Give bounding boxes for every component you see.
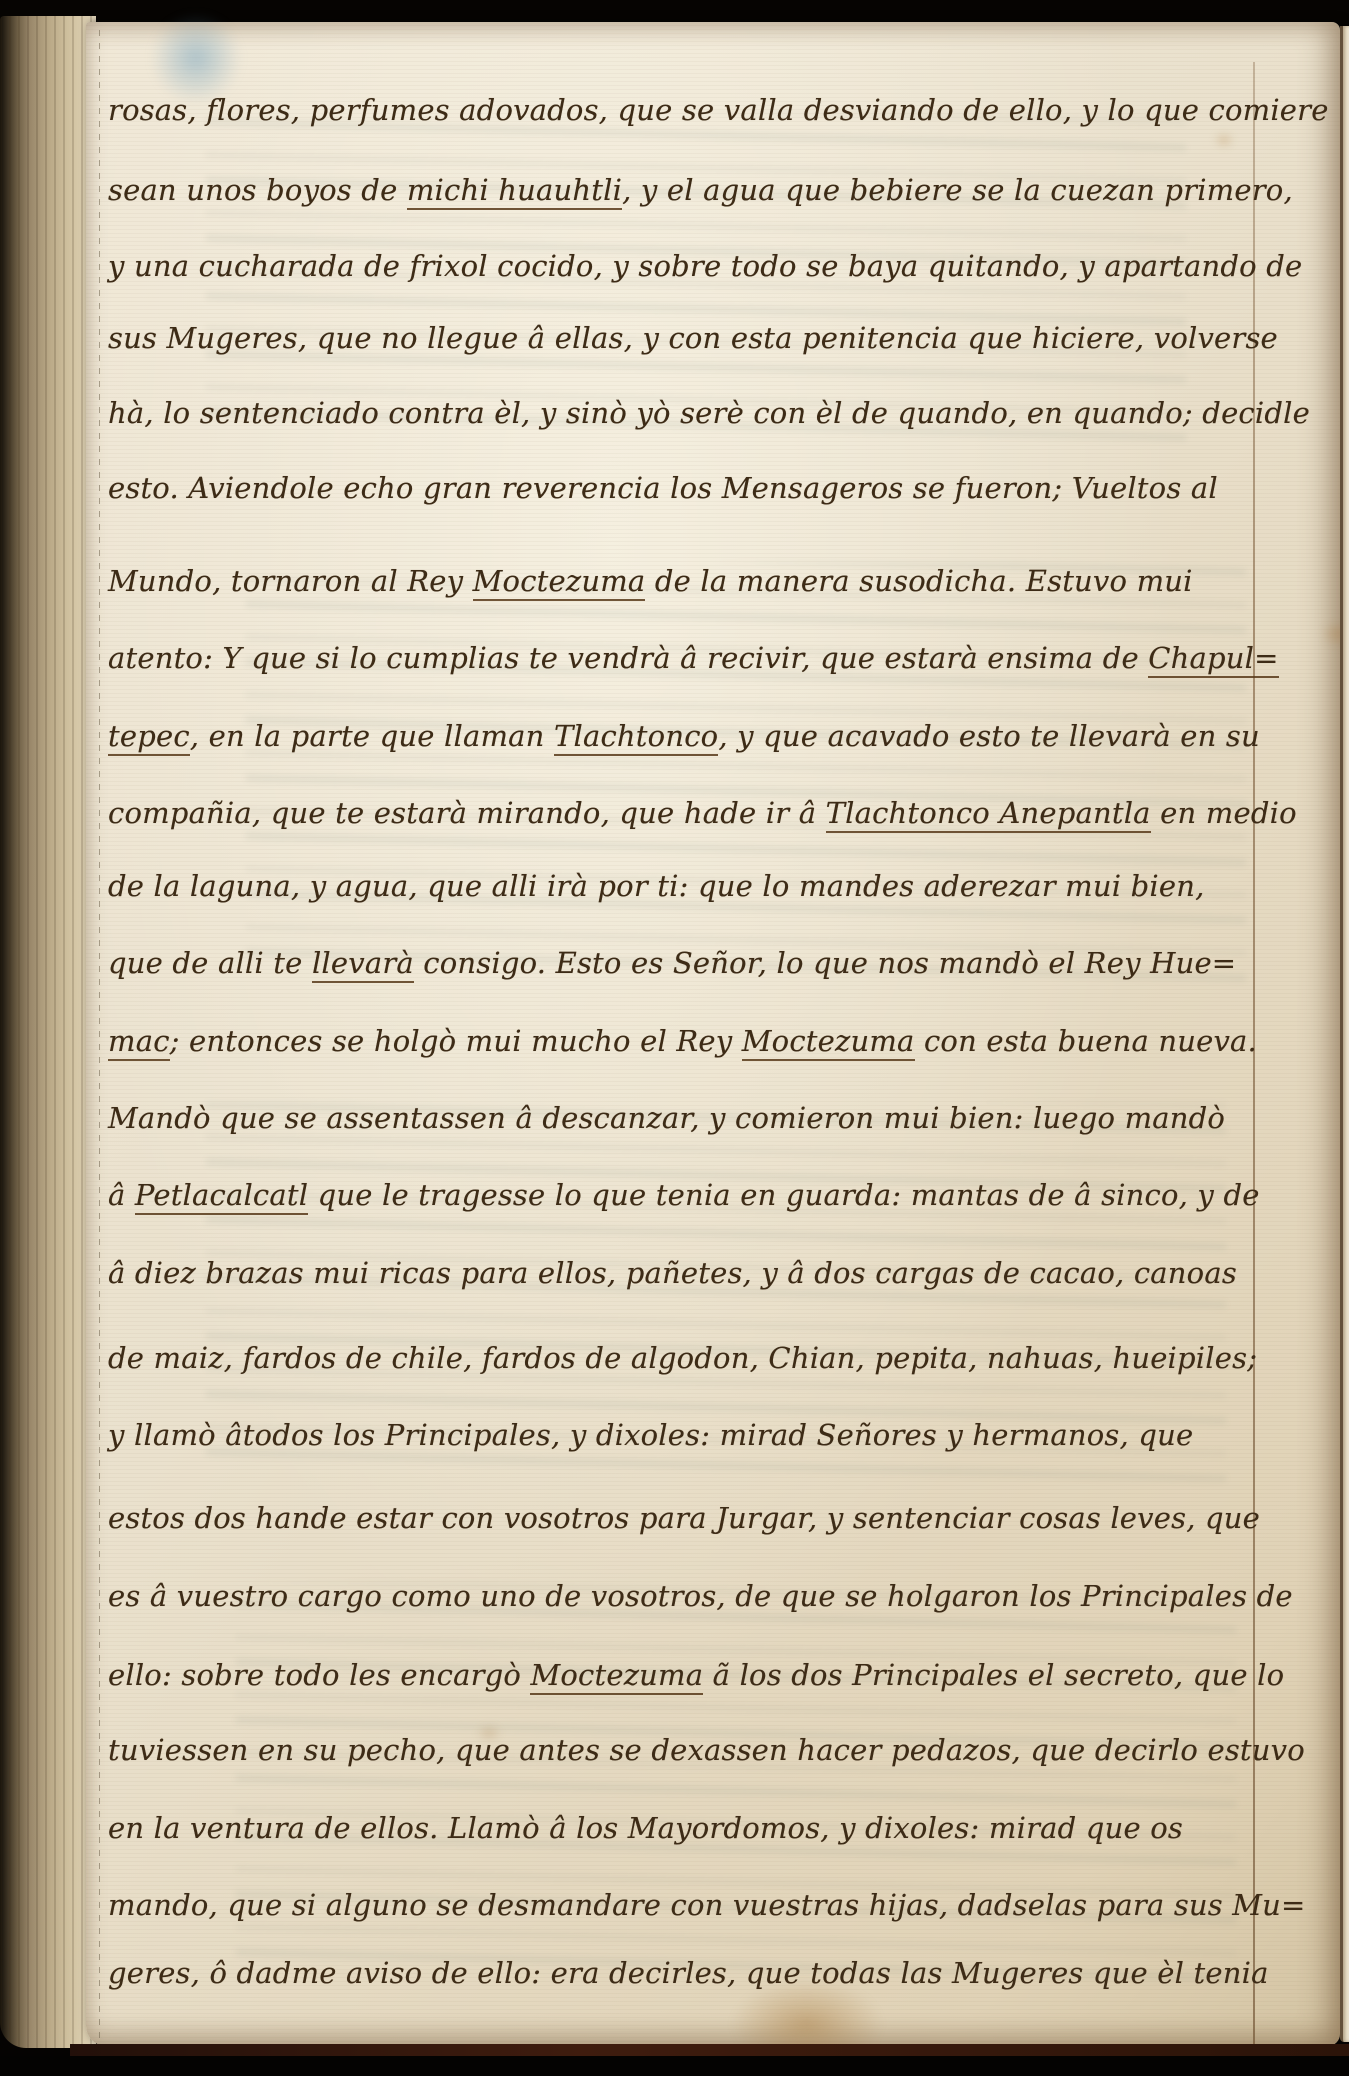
text-segment: sean unos boyos de [108, 173, 407, 207]
manuscript-line: sean unos boyos de michi huauhtli, y el … [108, 168, 1304, 212]
text-segment: de maiz, fardos de chile, fardos de algo… [108, 1341, 1257, 1375]
manuscript-line: que de alli te llevarà consigo. Esto es … [108, 941, 1304, 985]
manuscript-line: de la laguna, y agua, que alli irà por t… [108, 864, 1304, 908]
manuscript-line: â diez brazas mui ricas para ellos, pañe… [108, 1251, 1304, 1295]
manuscript-line: esto. Aviendole echo gran reverencia los… [108, 466, 1304, 510]
manuscript-line: compañia, que te estarà mirando, que had… [108, 791, 1304, 835]
manuscript-line: tuviessen en su pecho, que antes se dexa… [108, 1728, 1304, 1772]
ink-stain [476, 1724, 502, 1742]
text-segment: , y el agua que bebiere se la cuezan pri… [622, 173, 1293, 207]
manuscript-line: ello: sobre todo les encargò Moctezuma ã… [108, 1653, 1304, 1697]
text-segment: ello: sobre todo les encargò [108, 1658, 530, 1692]
manuscript-photo: rosas, flores, perfumes adovados, que se… [0, 0, 1349, 2076]
text-segment: mando, que si alguno se desmandare con v… [108, 1888, 1306, 1922]
text-segment: ; entonces se holgò mui mucho el Rey [170, 1024, 742, 1058]
text-segment: rosas, flores, perfumes adovados, que se… [108, 93, 1329, 127]
book-page-edges [0, 16, 96, 2048]
blue-smudge [150, 12, 242, 104]
manuscript-line: en la ventura de ellos. Llamò â los Mayo… [108, 1806, 1304, 1850]
underlined-word: michi huauhtli [407, 173, 622, 210]
manuscript-line: y llamò âtodos los Principales, y dixole… [108, 1413, 1304, 1457]
underlined-word: mac [108, 1024, 170, 1061]
text-segment: en medio [1151, 796, 1297, 830]
manuscript-line: rosas, flores, perfumes adovados, que se… [108, 88, 1304, 132]
manuscript-line: mac; entonces se holgò mui mucho el Rey … [108, 1019, 1304, 1063]
text-segment: consigo. Esto es Señor, lo que nos mandò… [414, 946, 1236, 980]
underlined-word: Tlachtonco [554, 719, 718, 756]
text-segment: sus Mugeres, que no llegue â ellas, y co… [108, 321, 1278, 355]
manuscript-page: rosas, flores, perfumes adovados, que se… [86, 22, 1340, 2046]
text-segment: geres, ô dadme aviso de ello: era decirl… [108, 1956, 1269, 1990]
underlined-word: Petlacalcatl [135, 1178, 308, 1215]
manuscript-line: â Petlacalcatl que le tragesse lo que te… [108, 1173, 1304, 1217]
text-segment: estos dos hande estar con vosotros para … [108, 1501, 1260, 1535]
text-segment: en la ventura de ellos. Llamò â los Mayo… [108, 1811, 1183, 1845]
manuscript-line: Mundo, tornaron al Rey Moctezuma de la m… [108, 559, 1304, 603]
text-segment: y una cucharada de frixol cocido, y sobr… [108, 249, 1302, 283]
manuscript-line: Mandò que se assentassen â descanzar, y … [108, 1096, 1304, 1140]
text-segment: , y que acavado esto te llevarà en su [718, 719, 1260, 753]
text-segment: con esta buena nueva. [915, 1024, 1257, 1058]
manuscript-line: geres, ô dadme aviso de ello: era decirl… [108, 1951, 1304, 1995]
underlined-word: Moctezuma [742, 1024, 915, 1061]
underlined-word: Chapul= [1148, 641, 1278, 678]
underlined-word: Tlachtonco Anepantla [826, 796, 1151, 833]
text-segment: que le tragesse lo que tenia en guarda: … [308, 1178, 1259, 1212]
text-segment: â diez brazas mui ricas para ellos, pañe… [108, 1256, 1237, 1290]
manuscript-line: mando, que si alguno se desmandare con v… [108, 1883, 1304, 1927]
text-segment: es â vuestro cargo como uno de vosotros,… [108, 1579, 1293, 1613]
manuscript-line: sus Mugeres, que no llegue â ellas, y co… [108, 316, 1304, 360]
bottom-shadow-band [0, 2056, 1349, 2076]
text-segment: ã los dos Principales el secreto, que lo [703, 1658, 1284, 1692]
underlined-word: llevarà [312, 946, 414, 983]
text-segment: que de alli te [108, 946, 312, 980]
manuscript-line: es â vuestro cargo como uno de vosotros,… [108, 1574, 1304, 1618]
text-segment: â [108, 1178, 135, 1212]
text-segment: hà, lo sentenciado contra èl, y sinò yò … [108, 396, 1310, 430]
text-segment: esto. Aviendole echo gran reverencia los… [108, 471, 1218, 505]
text-segment: atento: Y que si lo cumplias te vendrà â… [108, 641, 1148, 675]
text-segment: Mandò que se assentassen â descanzar, y … [108, 1101, 1225, 1135]
manuscript-line: de maiz, fardos de chile, fardos de algo… [108, 1336, 1304, 1380]
manuscript-line: tepec, en la parte que llaman Tlachtonco… [108, 714, 1304, 758]
ink-stain [1214, 132, 1234, 148]
facing-page-edge [1340, 26, 1349, 2042]
manuscript-line: atento: Y que si lo cumplias te vendrà â… [108, 636, 1304, 680]
underlined-word: tepec [108, 719, 190, 756]
manuscript-line: y una cucharada de frixol cocido, y sobr… [108, 244, 1304, 288]
text-segment: , en la parte que llaman [190, 719, 554, 753]
manuscript-line: hà, lo sentenciado contra èl, y sinò yò … [108, 391, 1304, 435]
text-segment: de la laguna, y agua, que alli irà por t… [108, 869, 1205, 903]
text-segment: de la manera susodicha. Estuvo mui [645, 564, 1192, 598]
left-margin-rule [99, 26, 100, 2038]
manuscript-line: estos dos hande estar con vosotros para … [108, 1496, 1304, 1540]
text-segment: compañia, que te estarà mirando, que had… [108, 796, 826, 830]
underlined-word: Moctezuma [530, 1658, 703, 1695]
underlined-word: Moctezuma [473, 564, 646, 601]
text-segment: tuviessen en su pecho, que antes se dexa… [108, 1733, 1305, 1767]
text-segment: y llamò âtodos los Principales, y dixole… [108, 1418, 1193, 1452]
showthrough-ghost [246, 562, 1246, 982]
text-segment: Mundo, tornaron al Rey [108, 564, 473, 598]
